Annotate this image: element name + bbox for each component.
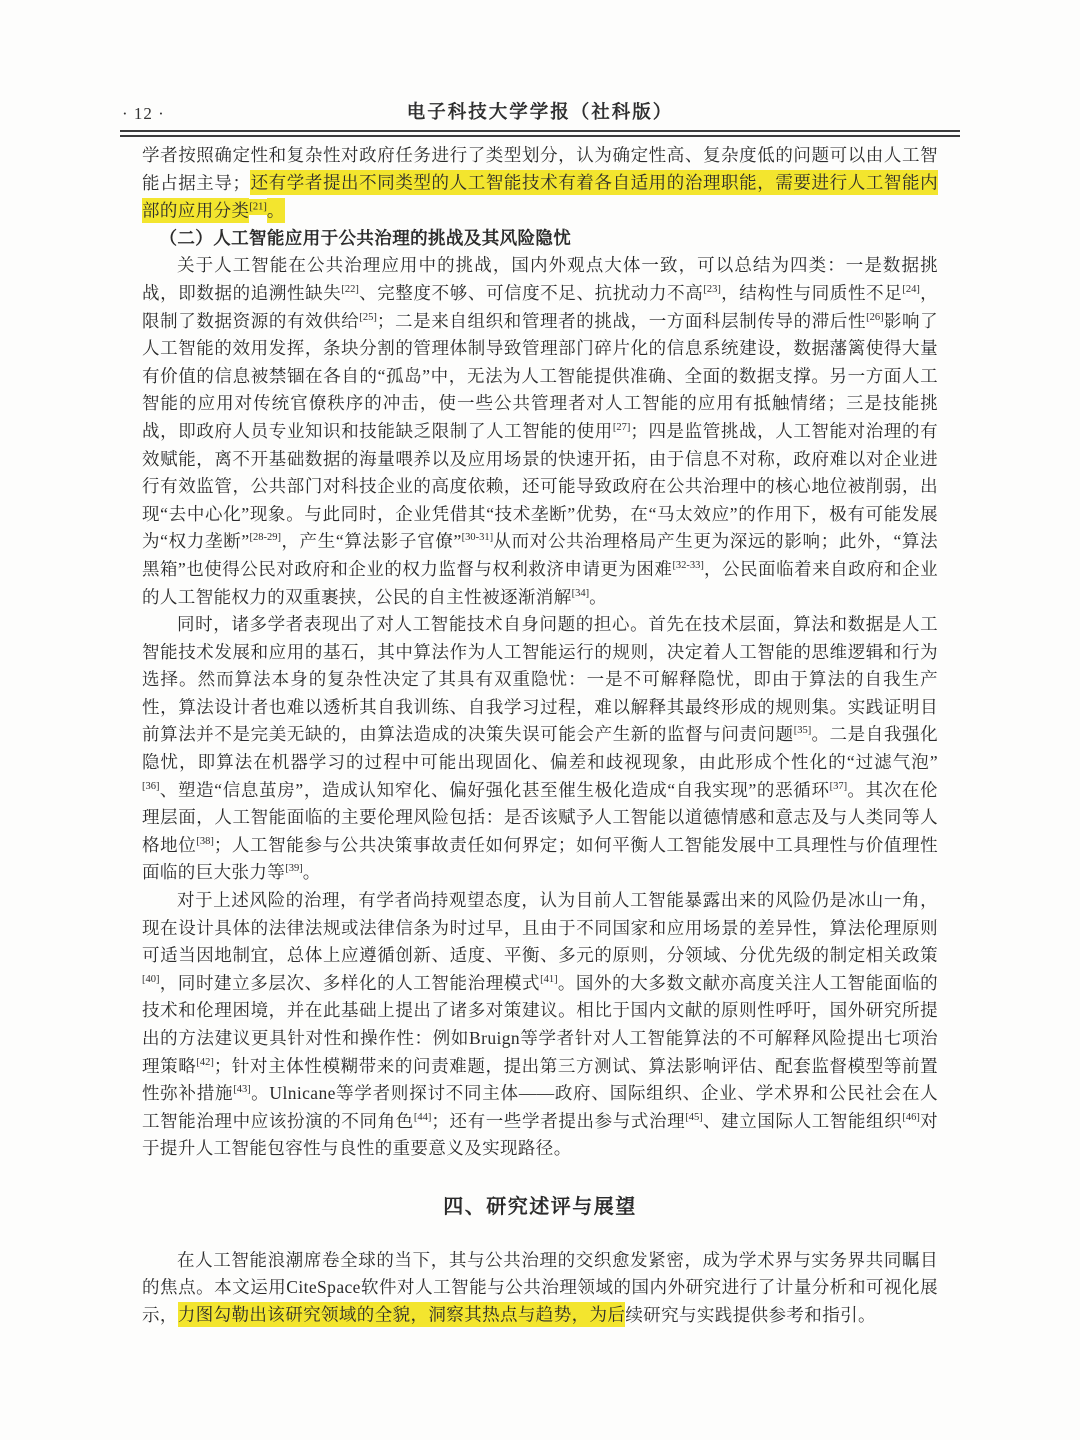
text-segment: 。 bbox=[589, 587, 607, 607]
text-segment: 、塑造“信息茧房”，造成认知窄化、偏好强化甚至催生极化造成“自我实现”的恶循环 bbox=[160, 780, 830, 800]
citation-superscript: [30-31] bbox=[462, 532, 494, 543]
text-segment: 、建立国际人工智能组织 bbox=[703, 1111, 903, 1131]
citation-superscript: [34] bbox=[572, 588, 590, 599]
text-segment: ；人工智能参与公共决策事故责任如何界定；如何平衡人工智能发展中工具理性与价值理性… bbox=[142, 835, 938, 883]
citation-superscript: [45] bbox=[685, 1112, 703, 1123]
text-segment: 续研究与实践提供参考和指引。 bbox=[625, 1305, 876, 1325]
citation-superscript: [36] bbox=[142, 781, 160, 792]
text-segment: ；二是来自组织和管理者的挑战，一方面科层制传导的滞后性 bbox=[377, 311, 866, 331]
highlighted-text: 。 bbox=[267, 198, 285, 223]
citation-superscript: [21] bbox=[249, 199, 267, 215]
paragraph: 学者按照确定性和复杂性对政府任务进行了类型划分，认为确定性高、复杂度低的问题可以… bbox=[142, 142, 938, 225]
text-segment: （二）人工智能应用于公共治理的挑战及其风险隐忧 bbox=[160, 228, 572, 248]
journal-page: · 12 · 电子科技大学学报（社科版） 学者按照确定性和复杂性对政府任务进行了… bbox=[0, 0, 1080, 1440]
citation-superscript: [41] bbox=[540, 974, 558, 985]
text-segment: 对于上述风险的治理，有学者尚持观望态度，认为目前人工智能暴露出来的风险仍是冰山一… bbox=[142, 890, 938, 965]
article-body: 学者按照确定性和复杂性对政府任务进行了类型划分，认为确定性高、复杂度低的问题可以… bbox=[142, 142, 938, 1329]
text-segment: ，结构性与同质性不足 bbox=[721, 283, 902, 303]
citation-superscript: [26] bbox=[866, 312, 884, 323]
citation-superscript: [46] bbox=[902, 1112, 920, 1123]
citation-superscript: [42] bbox=[196, 1057, 214, 1068]
citation-superscript: [39] bbox=[285, 864, 303, 875]
journal-title: 电子科技大学学报（社科版） bbox=[120, 98, 960, 124]
citation-superscript: [32-33] bbox=[672, 560, 704, 571]
paragraph: 对于上述风险的治理，有学者尚持观望态度，认为目前人工智能暴露出来的风险仍是冰山一… bbox=[142, 887, 938, 1163]
citation-superscript: [24] bbox=[902, 284, 920, 295]
citation-superscript: [28-29] bbox=[250, 532, 282, 543]
subheading: （二）人工智能应用于公共治理的挑战及其风险隐忧 bbox=[142, 225, 938, 253]
text-segment: ；还有一些学者提出参与式治理 bbox=[431, 1111, 685, 1131]
citation-superscript: [37] bbox=[830, 781, 848, 792]
text-segment: 、完整度不够、可信度不足、抗扰动力不高 bbox=[359, 283, 704, 303]
citation-superscript: [22] bbox=[341, 284, 359, 295]
citation-superscript: [23] bbox=[703, 284, 721, 295]
citation-superscript: [25] bbox=[359, 312, 377, 323]
paragraph: 在人工智能浪潮席卷全球的当下，其与公共治理的交织愈发紧密，成为学术界与实务界共同… bbox=[142, 1247, 938, 1330]
header-row: · 12 · 电子科技大学学报（社科版） bbox=[120, 96, 960, 124]
citation-superscript: [27] bbox=[613, 422, 631, 433]
section-heading: 四、研究述评与展望 bbox=[142, 1194, 938, 1222]
citation-superscript: [38] bbox=[196, 836, 214, 847]
text-segment: 。 bbox=[303, 862, 321, 882]
paragraph: 关于人工智能在公共治理应用中的挑战，国内外观点大体一致，可以总结为四类：一是数据… bbox=[142, 252, 938, 611]
citation-superscript: [35] bbox=[794, 726, 812, 737]
paragraph: 同时，诸多学者表现出了对人工智能技术自身问题的担心。首先在技术层面，算法和数据是… bbox=[142, 611, 938, 887]
header-double-rule bbox=[120, 130, 960, 137]
citation-superscript: [43] bbox=[233, 1084, 251, 1095]
text-segment: ，产生“算法影子官僚” bbox=[281, 531, 462, 551]
page-header: · 12 · 电子科技大学学报（社科版） bbox=[120, 96, 960, 137]
citation-superscript: [40] bbox=[142, 974, 160, 985]
highlighted-text: 力图勾勒出该研究领域的全貌，洞察其热点与趋势，为后 bbox=[178, 1302, 626, 1327]
citation-superscript: [44] bbox=[414, 1112, 432, 1123]
text-segment: ，同时建立多层次、多样化的人工智能治理模式 bbox=[160, 973, 541, 993]
text-segment: 四、研究述评与展望 bbox=[443, 1196, 637, 1218]
